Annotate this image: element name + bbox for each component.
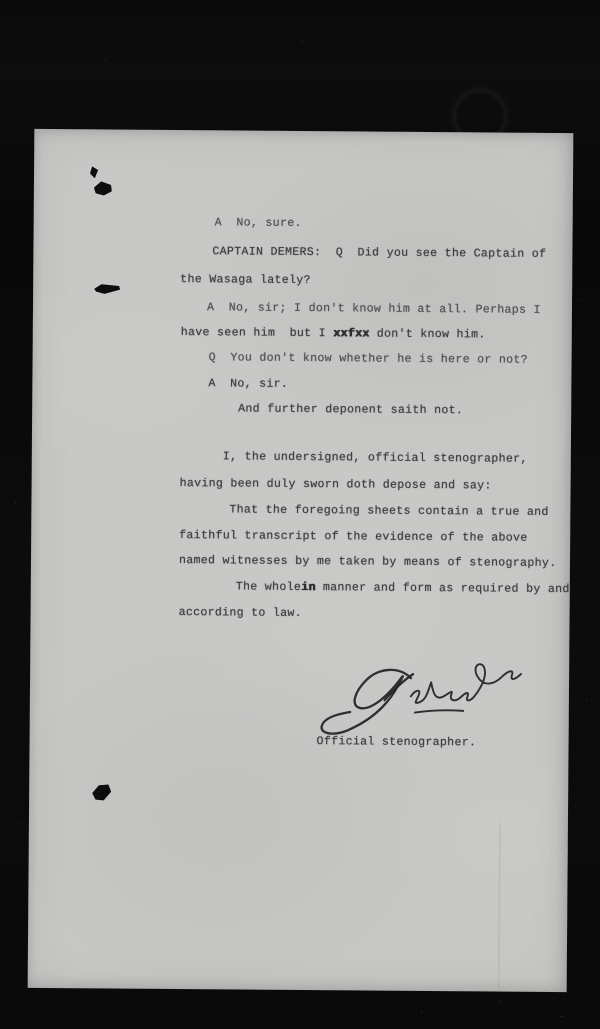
line-segment: The whole: [236, 580, 301, 594]
typewritten-line: And further deponent saith not.: [238, 403, 463, 419]
scanned-page: A No, sure. CAPTAIN DEMERS: Q Did you se…: [28, 129, 574, 992]
typewritten-line: the Wasaga lately?: [180, 273, 311, 288]
typewritten-line: have seen him but I xxfxx don't know him…: [181, 326, 486, 342]
typewritten-line: faithful transcript of the evidence of t…: [179, 529, 527, 546]
line-segment: manner and form as required by and: [316, 581, 570, 596]
line-segment: don't know him.: [369, 328, 485, 342]
paper-hole-mark: [92, 784, 111, 800]
paper-hole-mark: [94, 181, 112, 195]
typewritten-line: The wholein manner and form as required …: [236, 580, 570, 597]
signature-handwriting: [314, 655, 527, 743]
typewritten-line: CAPTAIN DEMERS: Q Did you see the Captai…: [212, 245, 546, 262]
paper-tear-mark: [94, 283, 120, 294]
typewritten-line: A No, sir.: [208, 377, 288, 392]
overstruck-word: xxfxx: [333, 327, 369, 340]
overstruck-word: in: [301, 581, 316, 594]
scan-streak: [498, 823, 501, 988]
typewritten-line: I, the undersigned, official stenographe…: [223, 450, 528, 466]
typewritten-line: That the foregoing sheets contain a true…: [229, 503, 548, 520]
typewritten-line: Q You don't know whether he is here or n…: [209, 351, 528, 368]
typewritten-line: according to law.: [179, 606, 302, 621]
dust-speckles: [0, 0, 1, 1]
paper-tear-mark: [90, 166, 98, 178]
typewritten-line: A No, sir; I don't know him at all. Perh…: [207, 301, 541, 318]
typewritten-line: A No, sure.: [215, 216, 302, 231]
typewritten-line: having been duly sworn doth depose and s…: [180, 477, 492, 493]
stenographer-title-line: Official stenographer.: [317, 735, 477, 750]
line-segment: have seen him but I: [181, 326, 334, 340]
typewritten-line: named witnesses by me taken by means of …: [179, 554, 556, 571]
